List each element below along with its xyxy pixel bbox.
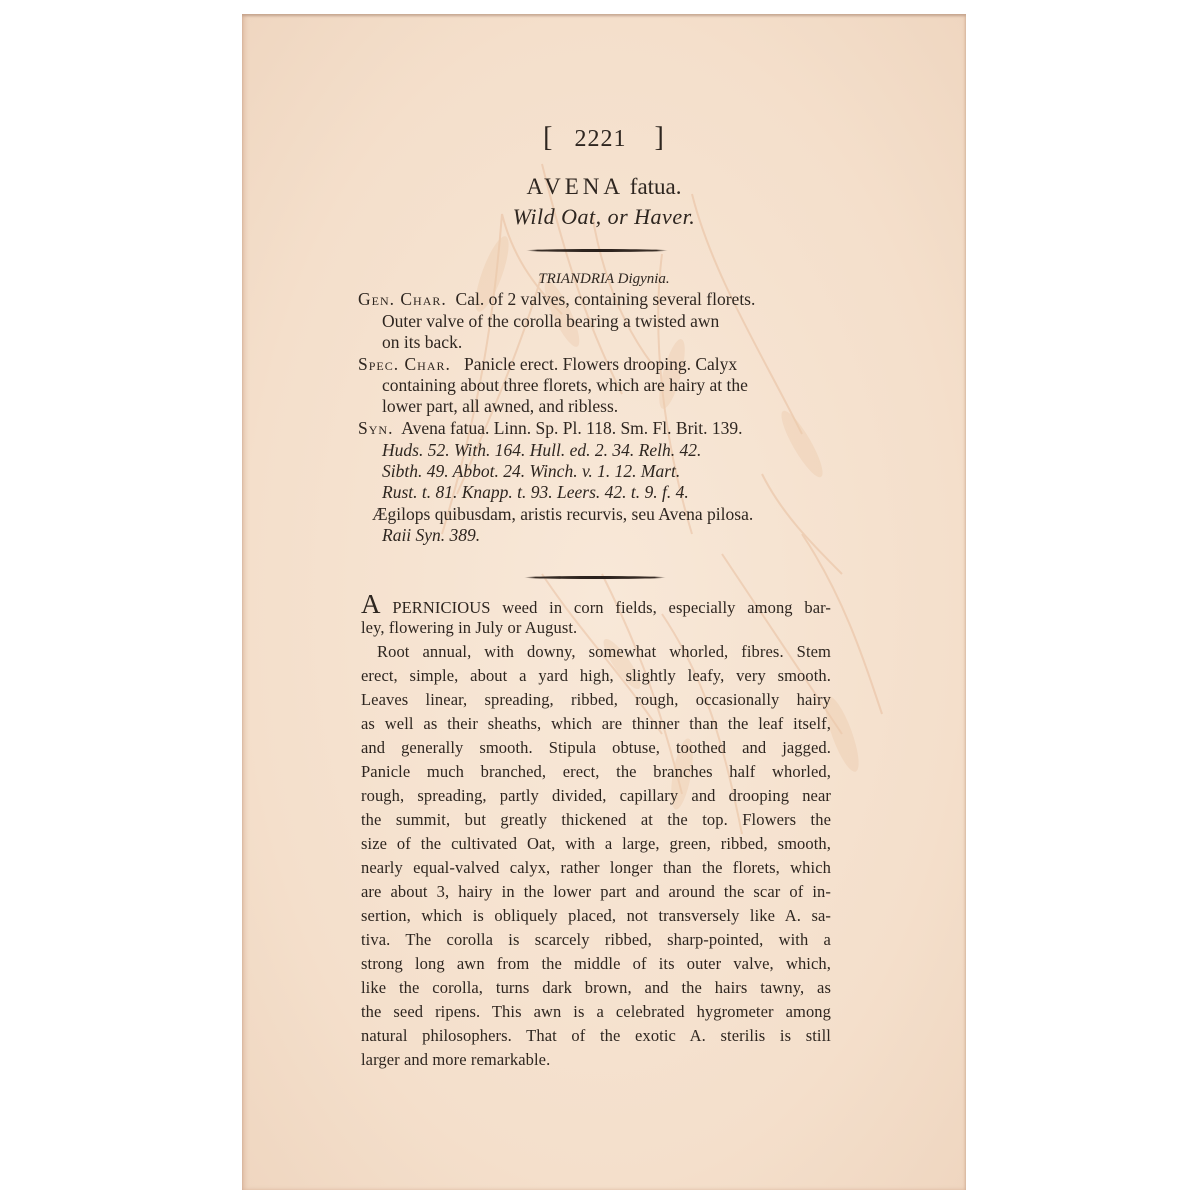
- spec-char-line-1: Spec. Char. Panicle erect. Flowers droop…: [358, 354, 737, 375]
- description-line-17: like the corolla, turns dark brown, and …: [361, 978, 831, 998]
- syn-text: Avena fatua. Linn. Sp. Pl. 118. Sm. Fl. …: [401, 418, 742, 438]
- gen-char-label: Gen. Char.: [358, 289, 447, 309]
- description-line-18: the seed ripens. This awn is a celebrate…: [361, 1002, 831, 1022]
- ornamental-rule-bottom: [524, 576, 666, 579]
- species-epithet: fatua.: [630, 174, 682, 199]
- description-text: weed in corn fields, especially among ba…: [491, 598, 831, 617]
- syn-line-2: Huds. 52. With. 164. Hull. ed. 2. 34. Re…: [382, 440, 701, 461]
- description-line-19: natural philosophers. That of the exotic…: [361, 1026, 831, 1046]
- drop-cap: A: [361, 589, 381, 619]
- spec-char-line-3: lower part, all awned, and ribless.: [382, 396, 618, 417]
- lead-word: PERNICIOUS: [392, 598, 490, 617]
- description-line-6: as well as their sheaths, which are thin…: [361, 714, 831, 734]
- syn-line-5: Ægilops quibusdam, aristis recurvis, seu…: [372, 504, 753, 525]
- description-line-15: tiva. The corolla is scarcely ribbed, sh…: [361, 930, 831, 950]
- gen-char-line-2: Outer valve of the corolla bearing a twi…: [382, 311, 832, 332]
- plate-number: [ 2221 ]: [242, 122, 966, 154]
- description-line-11: size of the cultivated Oat, with a large…: [361, 834, 831, 854]
- description-line-9: rough, spreading, partly divided, capill…: [361, 786, 831, 806]
- description-line-4: erect, simple, about a yard high, slight…: [361, 666, 831, 686]
- description-line-14: sertion, which is obliquely placed, not …: [361, 906, 831, 926]
- bracket-close: ]: [655, 122, 665, 153]
- ornamental-rule-top: [526, 249, 668, 252]
- syn-line-1: Syn. Avena fatua. Linn. Sp. Pl. 118. Sm.…: [358, 418, 743, 439]
- genus-name: AVENA: [527, 174, 625, 199]
- spec-char-text: Panicle erect. Flowers drooping. Calyx: [464, 354, 737, 374]
- bracket-open: [: [543, 122, 553, 153]
- description-line-13: are about 3, hairy in the lower part and…: [361, 882, 831, 902]
- gen-char-text: Cal. of 2 valves, containing several flo…: [456, 289, 756, 309]
- gen-char-line-3: on its back.: [382, 332, 462, 353]
- description-line-2: ley, flowering in July or August.: [361, 618, 831, 638]
- syn-line-3: Sibth. 49. Abbot. 24. Winch. v. 1. 12. M…: [382, 461, 680, 482]
- syn-line-6: Raii Syn. 389.: [382, 525, 480, 546]
- description-line-7: and generally smooth. Stipula obtuse, to…: [361, 738, 831, 758]
- syn-line-4: Rust. t. 81. Knapp. t. 93. Leers. 42. t.…: [382, 482, 689, 503]
- description-line-10: the summit, but greatly thickened at the…: [361, 810, 831, 830]
- description-line-20: larger and more remarkable.: [361, 1050, 831, 1070]
- gen-char-line-1: Gen. Char. Cal. of 2 valves, containing …: [358, 289, 755, 310]
- description-line-8: Panicle much branched, erect, the branch…: [361, 762, 831, 782]
- description-line-16: strong long awn from the middle of its o…: [361, 954, 831, 974]
- spec-char-line-2: containing about three florets, which ar…: [382, 375, 748, 396]
- description-line-3: Root annual, with downy, somewhat whorle…: [377, 642, 831, 662]
- linnaean-classification: TRIANDRIA Digynia.: [242, 271, 966, 288]
- spec-char-label: Spec. Char.: [358, 354, 451, 374]
- book-page: [ 2221 ] AVENA fatua. Wild Oat, or Haver…: [242, 14, 966, 1190]
- plate-number-value: 2221: [575, 126, 627, 152]
- description-line-1: A PERNICIOUS weed in corn fields, especi…: [361, 589, 831, 620]
- description-line-12: nearly equal-valved calyx, rather longer…: [361, 858, 831, 878]
- syn-label: Syn.: [358, 418, 393, 438]
- description-line-5: Leaves linear, spreading, ribbed, rough,…: [361, 690, 831, 710]
- species-title: AVENA fatua.: [242, 174, 966, 200]
- common-name: Wild Oat, or Haver.: [242, 204, 966, 230]
